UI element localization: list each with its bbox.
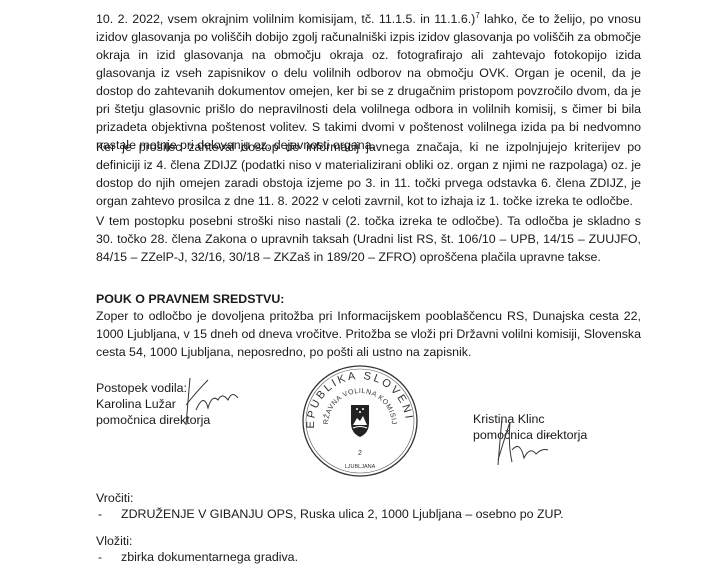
bullet-dash: - <box>96 549 121 565</box>
filing-label: Vložiti: <box>96 533 656 549</box>
paragraph-1-text: 10. 2. 2022, vsem okrajnim volilnim komi… <box>96 12 475 26</box>
delivery-item-text: ZDRUŽENJE V GIBANJU OPS, Ruska ulica 2, … <box>121 506 564 522</box>
paragraph-1-text-cont: lahko, če to želijo, po vnosu izidov gla… <box>96 12 641 152</box>
svg-text:LJUBLJANA: LJUBLJANA <box>345 464 376 470</box>
signature-left-scribble-icon <box>178 370 248 430</box>
paragraph-1: 10. 2. 2022, vsem okrajnim volilnim komi… <box>96 10 641 154</box>
filing-item-text: zbirka dokumentarnega gradiva. <box>121 549 298 565</box>
signature-right-scribble-icon <box>490 410 560 470</box>
delivery-item: - ZDRUŽENJE V GIBANJU OPS, Ruska ulica 2… <box>96 506 656 522</box>
delivery-section: Vročiti: - ZDRUŽENJE V GIBANJU OPS, Rusk… <box>96 490 656 522</box>
filing-item: - zbirka dokumentarnega gradiva. <box>96 549 656 565</box>
paragraph-2: Ker je prosilec zahteval dostop do infor… <box>96 138 641 210</box>
bullet-dash: - <box>96 506 121 522</box>
delivery-label: Vročiti: <box>96 490 656 506</box>
official-stamp-icon: REPUBLIKA SLOVENIJA DRŽAVNA VOLILNA KOMI… <box>300 363 420 478</box>
svg-text:2: 2 <box>358 450 362 457</box>
paragraph-3: V tem postopku posebni stroški niso nast… <box>96 212 641 266</box>
filing-section: Vložiti: - zbirka dokumentarnega gradiva… <box>96 533 656 565</box>
legal-remedy-text: Zoper to odločbo je dovoljena pritožba p… <box>96 307 641 361</box>
legal-remedy-heading: POUK O PRAVNEM SREDSTVU: <box>96 290 284 308</box>
